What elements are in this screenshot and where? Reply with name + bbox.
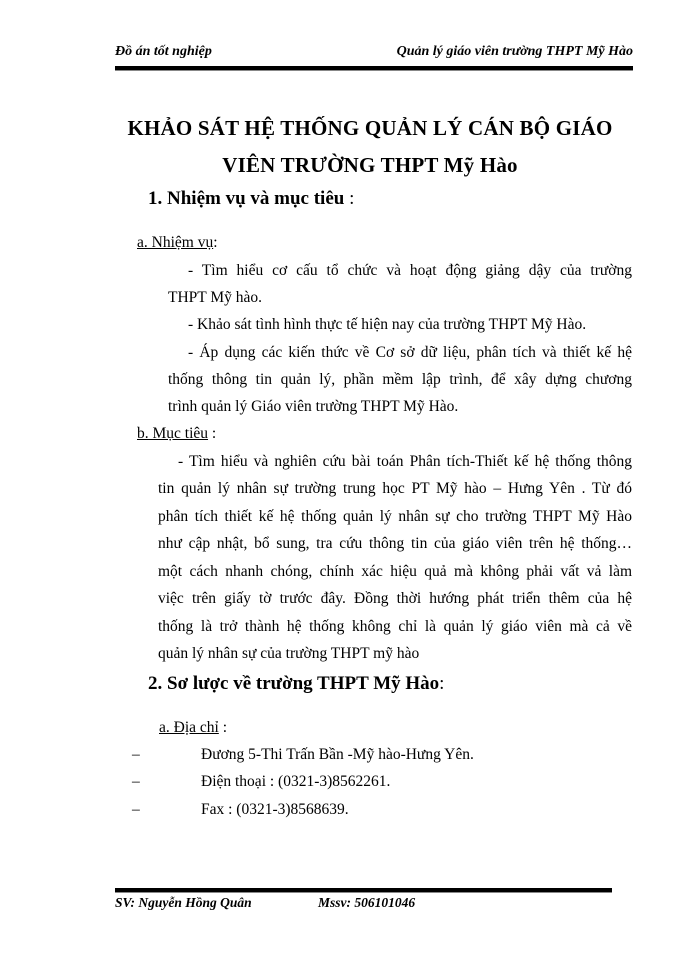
dash-bullet-icon: – [132,773,140,791]
subsection-2a-label: a. Địa chỉ : [159,719,227,737]
goal-line-2: tin quản lý nhân sự trường trung học PT … [158,480,632,498]
goal-line-4: như cập nhật, bổ sung, tra cứu thông tin… [158,535,632,553]
goal-line-6: việc trên giấy tờ trước đây. Đồng thời h… [158,590,632,608]
subsection-1b-label-text: b. Mục tiêu [137,425,208,442]
address-text: Đương 5-Thi Trấn Bần -Mỹ hào-Hưng Yên. [201,746,474,764]
phone-text: Điện thoại : (0321-3)8562261. [201,773,390,791]
goal-line-7: thống là trở thành hệ thống không chỉ là… [158,618,632,636]
section-1-heading: 1. Nhiệm vụ và mục tiêu : [148,188,354,210]
goal-line-8: quản lý nhân sự của trường THPT mỹ hào [158,645,419,663]
dash-bullet-icon: – [132,801,140,819]
section-1-heading-suffix: : [344,188,354,209]
header-right-text: Quản lý giáo viên trường THPT Mỹ Hào [397,44,633,60]
footer-rule [115,888,612,893]
task-line-1: - Tìm hiểu cơ cấu tổ chức và hoạt động g… [188,262,632,280]
goal-line-3: phân tích thiết kế hệ thống quản lý nhân… [158,508,632,526]
dash-bullet-icon: – [132,746,140,764]
goal-line-5: một cách nhanh chóng, chính xác hiệu quả… [158,563,632,581]
footer-student-name: SV: Nguyễn Hồng Quân [115,895,252,911]
task-line-6: trình quản lý Giáo viên trường THPT Mỹ H… [168,398,458,416]
footer-student-id: Mssv: 506101046 [318,895,415,911]
subsection-2a-label-text: a. Địa chỉ [159,719,219,736]
section-2-heading: 2. Sơ lược về trường THPT Mỹ Hào: [148,673,444,695]
subsection-1b-label-suffix: : [208,425,216,442]
subsection-1a-label-suffix: : [213,234,217,251]
header-rule [115,66,633,71]
section-1-heading-text: 1. Nhiệm vụ và mục tiêu [148,188,344,209]
section-2-heading-text: 2. Sơ lược về trường THPT Mỹ Hào [148,673,439,694]
goal-line-1: - Tìm hiểu và nghiên cứu bài toán Phân t… [178,453,632,471]
fax-text: Fax : (0321-3)8568639. [201,801,349,819]
document-title-line-1: KHẢO SÁT HỆ THỐNG QUẢN LÝ CÁN BỘ GIÁO [100,116,640,141]
header-left-text: Đồ án tốt nghiệp [115,44,212,60]
task-line-3: - Khảo sát tình hình thực tế hiện nay củ… [188,316,586,334]
section-2-heading-suffix: : [439,673,444,694]
subsection-1a-label-text: a. Nhiệm vụ [137,234,213,251]
subsection-1a-label: a. Nhiệm vụ: [137,234,218,252]
document-title-line-2: VIÊN TRƯỜNG THPT Mỹ Hào [100,153,640,178]
task-line-2: THPT Mỹ hào. [168,289,262,307]
task-line-5: thống thông tin quản lý, phần mềm lập tr… [168,371,632,389]
subsection-2a-label-suffix: : [219,719,227,736]
page-header: Đồ án tốt nghiệp Quản lý giáo viên trườn… [115,42,633,64]
subsection-1b-label: b. Mục tiêu : [137,425,216,443]
task-line-4: - Áp dụng các kiến thức về Cơ sở dữ liệu… [188,344,632,362]
